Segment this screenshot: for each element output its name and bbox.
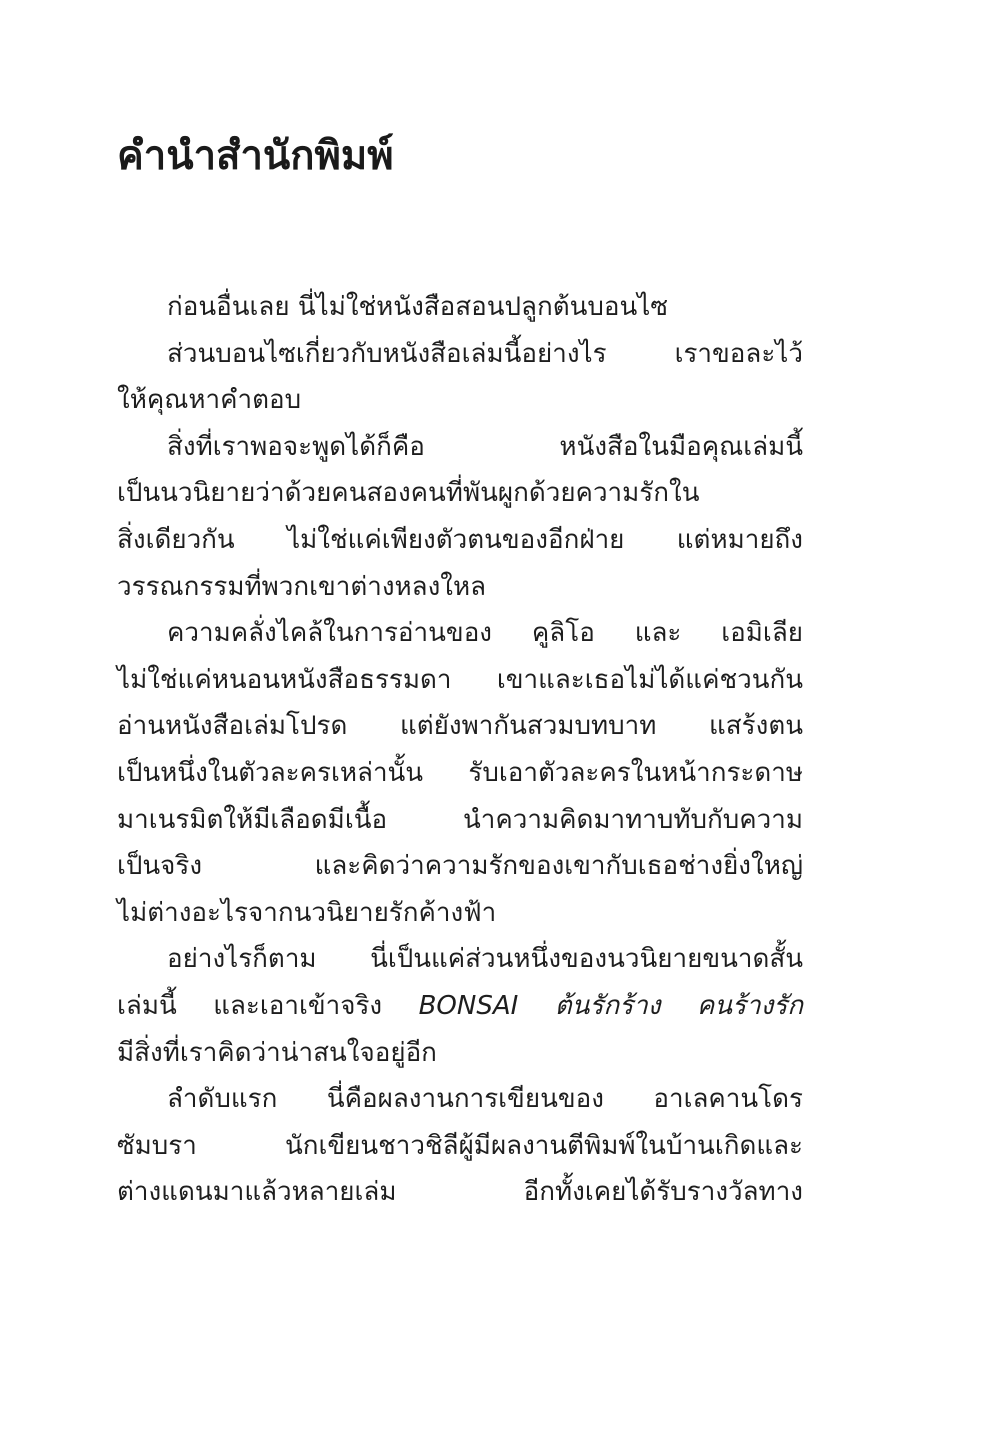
book-title-italic: BONSAI ต้นรักร้าง คนร้างรัก bbox=[419, 991, 803, 1021]
text-line: ก่อนอื่นเลย นี่ไม่ใช่หนังสือสอนปลูกต้นบอ… bbox=[117, 284, 803, 331]
text-line: ความคลั่งไคล้ในการอ่านของ คูลิโอ และ เอม… bbox=[117, 610, 803, 657]
text-line: เล่มนี้ และเอาเข้าจริง BONSAI ต้นรักร้าง… bbox=[117, 983, 803, 1030]
document-page: คำนำสำนักพิมพ์ ก่อนอื่นเลย นี่ไม่ใช่หนัง… bbox=[0, 0, 1000, 1440]
text-line: เป็นหนึ่งในตัวละครเหล่านั้น รับเอาตัวละค… bbox=[117, 750, 803, 797]
text-line: เป็นจริง และคิดว่าความรักของเขากับเธอช่า… bbox=[117, 843, 803, 890]
text-run: เล่มนี้ และเอาเข้าจริง bbox=[117, 991, 419, 1021]
text-line: ไม่ต่างอะไรจากนวนิยายรักค้างฟ้า bbox=[117, 890, 803, 937]
text-line: ลำดับแรก นี่คือผลงานการเขียนของ อาเลคานโ… bbox=[117, 1076, 803, 1123]
text-line: วรรณกรรมที่พวกเขาต่างหลงใหล bbox=[117, 564, 803, 611]
text-line: สิ่งที่เราพอจะพูดได้ก็คือ หนังสือในมือคุ… bbox=[117, 424, 803, 471]
text-line: อย่างไรก็ตาม นี่เป็นแค่ส่วนหนึ่งของนวนิย… bbox=[117, 936, 803, 983]
page-title: คำนำสำนักพิมพ์ bbox=[117, 128, 394, 184]
text-line: สิ่งเดียวกัน ไม่ใช่แค่เพียงตัวตนของอีกฝ่… bbox=[117, 517, 803, 564]
text-line: เป็นนวนิยายว่าด้วยคนสองคนที่พันผูกด้วยคว… bbox=[117, 470, 803, 517]
text-line: ไม่ใช่แค่หนอนหนังสือธรรมดา เขาและเธอไม่ไ… bbox=[117, 657, 803, 704]
text-line: ต่างแดนมาแล้วหลายเล่ม อีกทั้งเคยได้รับรา… bbox=[117, 1169, 803, 1216]
preface-body: ก่อนอื่นเลย นี่ไม่ใช่หนังสือสอนปลูกต้นบอ… bbox=[117, 284, 803, 1216]
text-line: ให้คุณหาคำตอบ bbox=[117, 377, 803, 424]
text-line: มีสิ่งที่เราคิดว่าน่าสนใจอยู่อีก bbox=[117, 1030, 803, 1077]
text-line: มาเนรมิตให้มีเลือดมีเนื้อ นำความคิดมาทาบ… bbox=[117, 797, 803, 844]
text-line: อ่านหนังสือเล่มโปรด แต่ยังพากันสวมบทบาท … bbox=[117, 703, 803, 750]
text-line: ส่วนบอนไซเกี่ยวกับหนังสือเล่มนี้อย่างไร … bbox=[117, 331, 803, 378]
text-line: ซัมบรา นักเขียนชาวชิลีผู้มีผลงานตีพิมพ์ใ… bbox=[117, 1123, 803, 1170]
